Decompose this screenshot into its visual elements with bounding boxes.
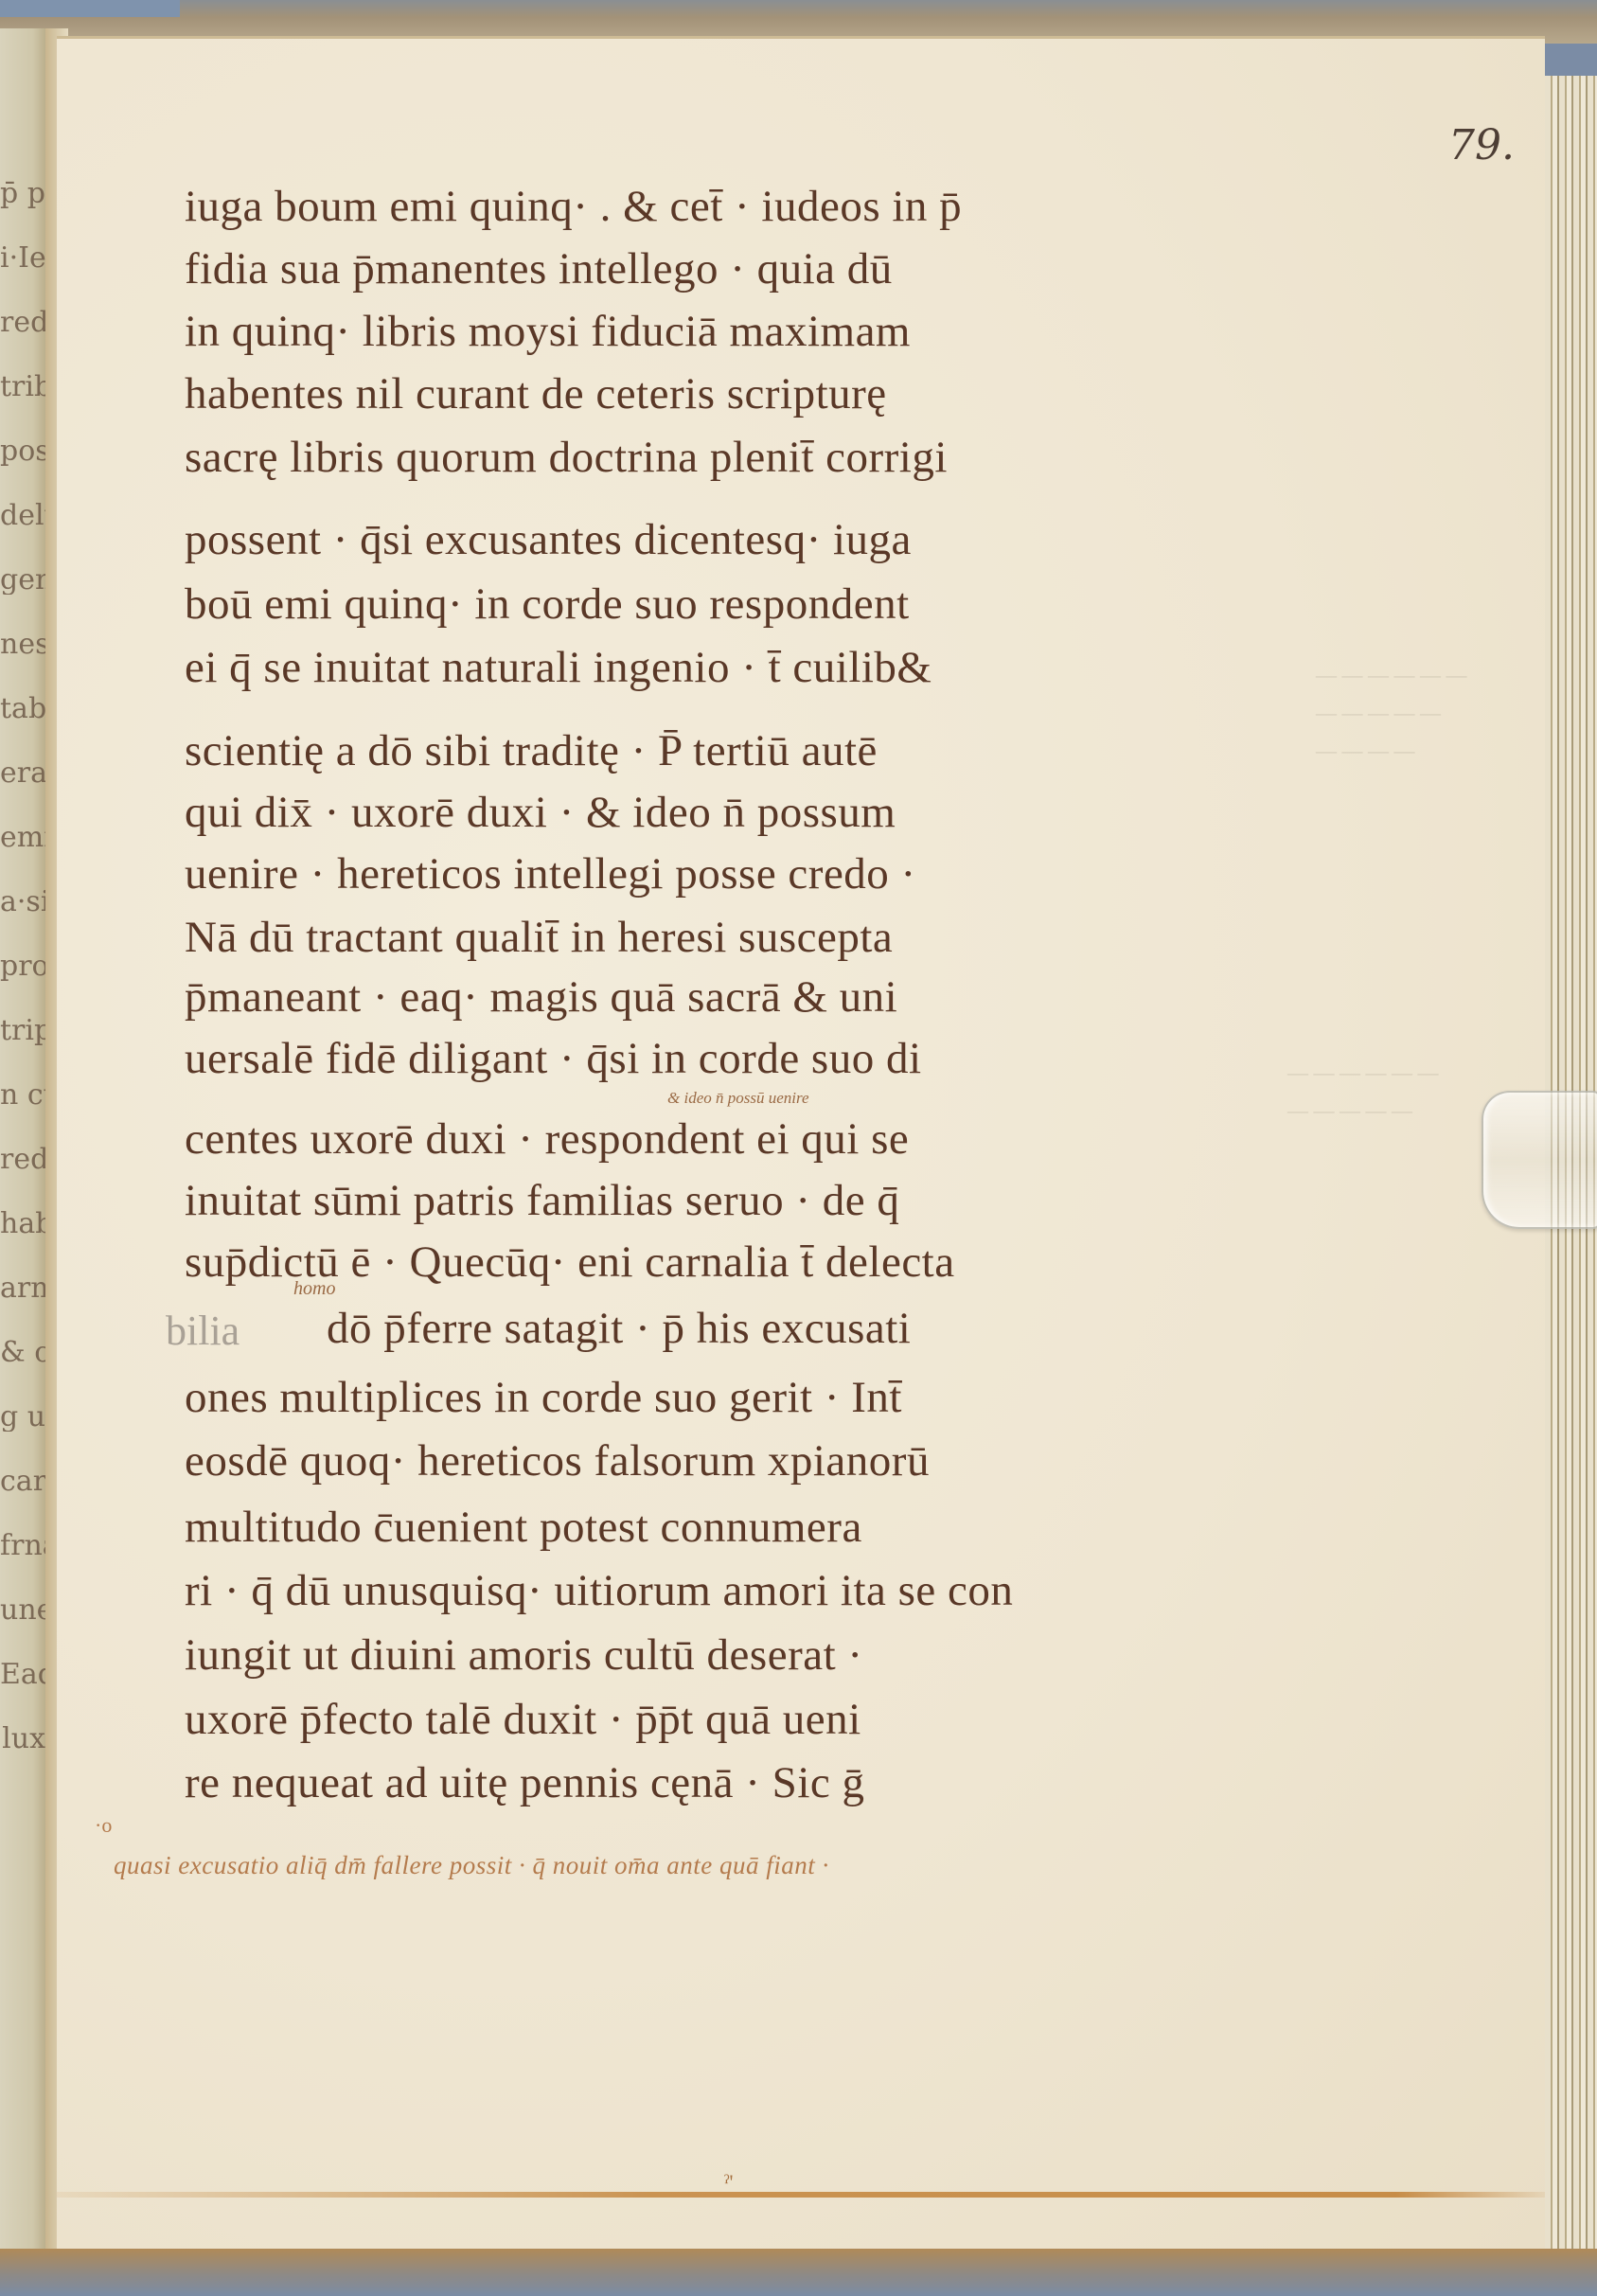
background-corner [0, 0, 180, 17]
facing-page-fragment: Eadi [0, 1661, 45, 1689]
show-through-text: — — — — — [1316, 701, 1441, 725]
facing-page-fragment: carnale [0, 1468, 45, 1496]
facing-page-fragment: tabul [0, 695, 45, 723]
facing-page-fragment: lux [0, 1725, 45, 1753]
show-through-text: — — — — — — [1316, 663, 1467, 687]
text-line: uersalē fidē diligant · q̄si in corde su… [185, 1037, 922, 1081]
text-line: dō p̄ferre satagit · p̄ his excusati [327, 1307, 911, 1351]
text-line: p̄maneant · eaq· magis quā sacrā & uni [185, 975, 897, 1020]
facing-page-fragment: nes in [0, 631, 45, 659]
text-line: habentes nil curant de ceteris scripturę [185, 372, 887, 417]
bottom-ink-mark: ˀ' [724, 2170, 733, 2195]
text-line: ei q̄ se inuitat naturali ingenio · t̄ c… [185, 646, 932, 690]
folio-number: 79. [1448, 121, 1515, 169]
show-through-text: — — — — — [1287, 1098, 1412, 1123]
facing-page-fragment: tripon [0, 1017, 45, 1045]
manuscript-scan: p̄ phari·Ienredutribupossedelucgemnes in… [0, 0, 1597, 2296]
text-line: in quinq· libris moysi fiduciā maximam [185, 310, 911, 354]
text-line: multitudo c̄uenient potest connumera [185, 1505, 862, 1550]
facing-page-fragment: posse [0, 437, 45, 466]
text-line: possent · q̄si excusantes dicentesq· iug… [185, 518, 912, 562]
gloss-reference-mark: ·o [95, 1813, 112, 1838]
text-line: eosdē quoq· hereticos falsorum xpianorū [185, 1439, 930, 1484]
facing-page-fragment: a·sic [0, 888, 45, 917]
text-line: qui dix̄ · uxorē duxi · & ideo n̄ possum [185, 791, 896, 835]
facing-page-fragment: i·Ien [0, 244, 45, 273]
text-line: inuitat sūmi patris familias seruo · de … [185, 1179, 899, 1223]
bottom-book-edge [0, 2249, 1597, 2296]
text-line: fidia sua p̄manentes intellego · quia dū [185, 247, 893, 292]
facing-page-fragment: frnal [0, 1532, 45, 1560]
interlinear-insertion: & ideo n̄ possū uenire [667, 1089, 809, 1108]
facing-page-fragment: n cui q [0, 1081, 45, 1110]
text-line: centes uxorē duxi · respondent ei qui se [185, 1117, 909, 1162]
text-line: iungit ut diuini amoris cultū deserat · [185, 1633, 863, 1678]
faded-erased-word: bilia [166, 1307, 240, 1355]
facing-page-fragment: une [0, 1596, 45, 1625]
facing-page-fragment: & cari [0, 1339, 45, 1367]
text-line: ri · q̄ dū unusquisq· uitiorum amori ita… [185, 1569, 1013, 1613]
facing-page-fragment: redu [0, 309, 45, 337]
clear-page-clip [1482, 1091, 1597, 1229]
show-through-text: — — — — [1316, 739, 1415, 763]
interlinear-insertion: homo [293, 1278, 335, 1300]
text-line: scientię a dō sibi traditę · P̄ tertiū a… [185, 729, 878, 774]
text-line: iuga boum emi quinq· . & cet̄ · iudeos i… [185, 185, 962, 229]
text-line: boū emi quinq· in corde suo respondent [185, 582, 910, 627]
facing-page-fragment: erant [0, 759, 45, 788]
text-line: sacrę libris quorum doctrina plenit̄ cor… [185, 436, 948, 480]
show-through-text: — — — — — — [1287, 1060, 1439, 1085]
text-line: ones multiplices in corde suo gerit · In… [185, 1376, 902, 1420]
facing-page-fragment: deluc [0, 502, 45, 530]
facing-page-fragment: arnale [0, 1274, 45, 1303]
text-line: Nā dū tractant qualit̄ in heresi suscept… [185, 916, 893, 960]
text-line: re nequeat ad uitę pennis cęnā · Sic ḡ [185, 1761, 865, 1806]
text-line: uxorē p̄fecto talē duxit · p̄p̄t quā uen… [185, 1698, 861, 1742]
facing-page-strip: p̄ phari·Ienredutribupossedelucgemnes in… [0, 28, 47, 2249]
text-line: uenire · hereticos intellegi posse credo… [185, 852, 916, 897]
facing-page-fragment: gem [0, 566, 45, 595]
facing-page-fragment: emi·d [0, 824, 45, 852]
facing-page-fragment: habes [0, 1210, 45, 1238]
facing-page-fragment: p̄ phar [0, 180, 45, 208]
facing-page-fragment: reddit [0, 1146, 45, 1174]
marginal-gloss: quasi excusatio aliq̄ dm̄ fallere possit… [114, 1851, 829, 1880]
facing-page-fragment: proda [0, 952, 45, 981]
facing-page-fragment: g uni [0, 1403, 45, 1432]
facing-page-fragment: tribu [0, 373, 45, 401]
